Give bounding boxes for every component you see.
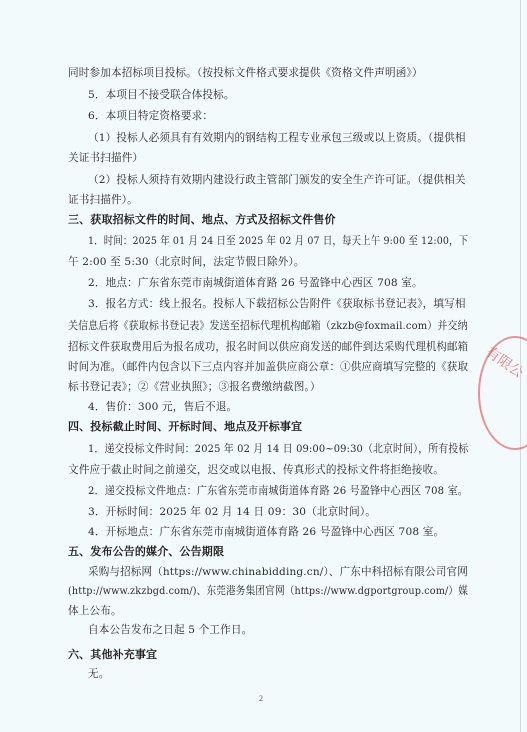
text-line: 5．本项目不接受联合体投标。: [88, 88, 235, 102]
text-line: 体上公布。: [68, 604, 122, 618]
text-line: 标书登记表》；②《营业执照》；③报名费缴纳截图。）: [68, 380, 321, 394]
page-number: 2: [259, 694, 263, 703]
text-line: 自本公告发布之日起 5 个工作日。: [88, 623, 252, 637]
text-line: 1．递交投标文件时间：2025 年 02 月 14 日 09:00~09:30（…: [88, 442, 468, 456]
text-line: 无。: [88, 667, 110, 681]
text-line: 招标文件获取费用后为报名成功，报名时间以供应商发送的邮件到达采购代理机构邮箱: [68, 340, 468, 354]
text-line: 关证书扫描件）: [68, 151, 143, 165]
section-heading: 五、发布公告的媒介、公告期限: [68, 545, 224, 559]
section-heading: 六、其他补充事宜: [68, 648, 157, 662]
text-line: 2．地点：广东省东莞市南城街道体育路 26 号盈锋中心西区 708 室。: [88, 276, 423, 290]
text-line: 证书扫描件）。: [68, 193, 138, 207]
text-line: 3．开标时间：2025 年 02 月 14 日 09：30（北京时间）。: [88, 505, 376, 519]
text-line: 1．时间：2025 年 01 月 24 日至 2025 年 02 月 07 日，…: [88, 234, 468, 248]
text-line: 采购与招标网（https://www.chinabidding.cn/）、广东中…: [88, 565, 468, 579]
text-line: 时间为准。（邮件内包含以下三点内容并加盖供应商公章：①供应商填写完整的《获取: [68, 360, 468, 374]
text-line: 4．开标地点：广东省东莞市南城街道体育路 26 号盈锋中心西区 708 室。: [88, 525, 444, 539]
text-line: （2）投标人须持有效期内建设行政主管部门颁发的安全生产许可证。（提供相关: [88, 173, 466, 187]
text-line: 4．售价：300 元，售后不退。: [88, 400, 237, 414]
text-line: 午 2:00 至 5:30（北京时间，法定节假日除外）。: [68, 255, 305, 269]
text-line: 文件应于截止时间之前递交，迟交或以电报、传真形式的投标文件将拒绝接收。: [68, 463, 444, 477]
text-line: 6．本项目特定资格要求：: [88, 109, 213, 123]
section-heading: 三、获取招标文件的时间、地点、方式及招标文件售价: [68, 213, 336, 227]
text-line: 2．递交投标文件地点：广东省东莞市南城街道体育路 26 号盈锋中心西区 708 …: [88, 484, 468, 498]
text-line: 同时参加本招标项目投标。（按投标文件格式要求提供《资格文件声明函》）: [68, 66, 423, 80]
text-line: 关信息后将《获取标书登记表》发送至招标代理机构邮箱（zkzb@foxmail.c…: [68, 319, 468, 333]
text-line: (http://www.zkzbgd.com/)、东莞港务集团官网（https:…: [68, 584, 468, 598]
text-line: （1）投标人必须具有有效期内的钢结构工程专业承包三级或以上资质。（提供相: [88, 131, 466, 145]
text-line: 3．报名方式：线上报名。投标人下载招标公告附件《获取标书登记表》，填写相: [88, 297, 466, 311]
section-heading: 四、投标截止时间、开标时间、地点及开标事宜: [68, 420, 302, 434]
